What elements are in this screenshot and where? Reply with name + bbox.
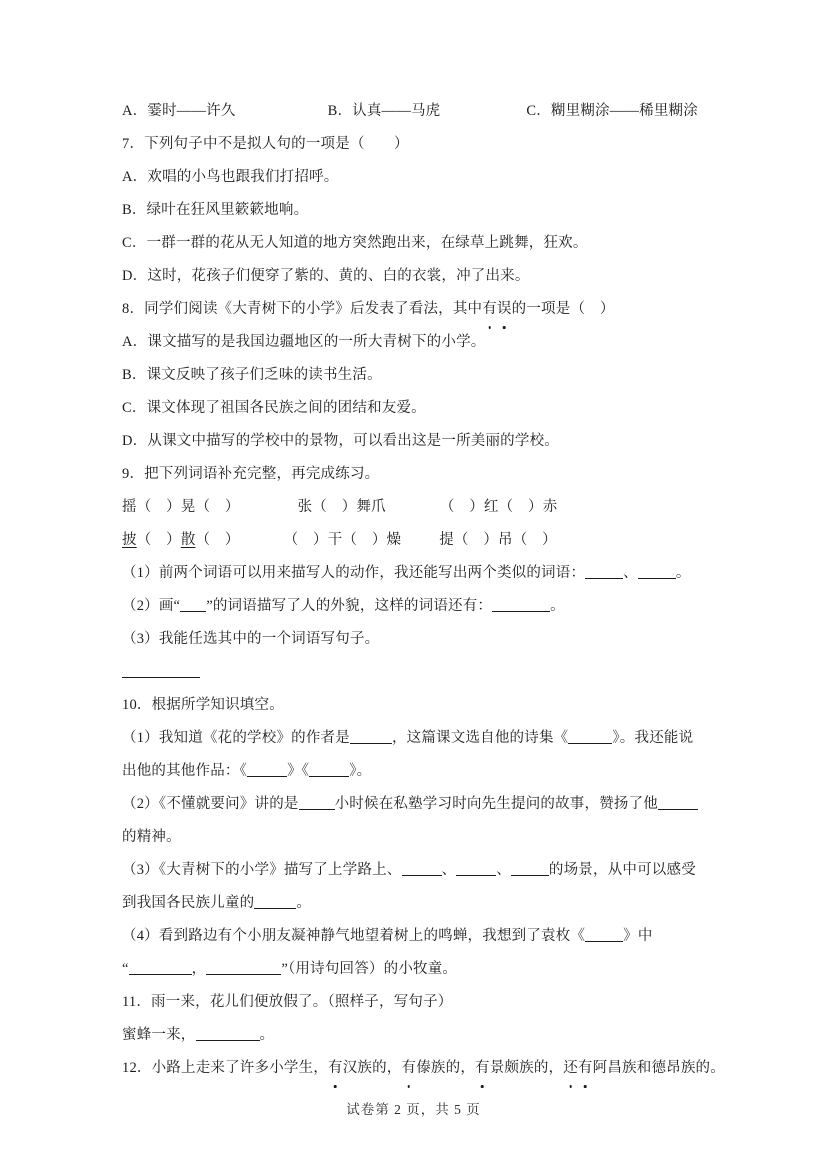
exam-content: A．霎时——许久B．认真——马虎C．糊里糊涂——稀里糊涂7．下列句子中不是拟人句… bbox=[122, 95, 722, 1085]
text-run: A．欢唱的小鸟也跟我们打招呼。 bbox=[122, 169, 338, 185]
q8-option-c: C．课文体现了祖国各民族之间的团结和友爱。 bbox=[122, 392, 722, 425]
q12-stem: 12．小路上走来了许多小学生，有汉族的，有傣族的，有景颇族的，还有阿昌族和德昂族… bbox=[122, 1052, 722, 1085]
answer-blank bbox=[492, 597, 550, 612]
text-run: 10．根据所学知识填空。 bbox=[122, 697, 284, 713]
text-run: B．绿叶在狂风里簌簌地响。 bbox=[122, 202, 308, 218]
text-run: 、 bbox=[442, 862, 457, 878]
emphasis-dot-char: 有 bbox=[475, 1052, 490, 1085]
text-run: 。 bbox=[676, 565, 691, 581]
text-run: （1）我知道《花的学校》的作者是 bbox=[122, 730, 350, 746]
text-run: “ bbox=[122, 961, 129, 977]
answer-blank bbox=[206, 960, 281, 975]
text-run: 、 bbox=[496, 862, 511, 878]
q9-words-row-2: 披（ ）散（ ）（ ）干（ ）燥提（ ）吊（ ） bbox=[122, 524, 722, 557]
q10-sub-4-line-1: （4）看到路边有个小朋友凝神静气地望着树上的鸣蝉，我想到了袁枚《》中 bbox=[122, 920, 722, 953]
q8-option-b: B．课文反映了孩子们乏味的读书生活。 bbox=[122, 359, 722, 392]
text-run: 》中 bbox=[623, 928, 652, 944]
q7-option-b: B．绿叶在狂风里簌簌地响。 bbox=[122, 194, 722, 227]
text-run: （2）《不懂就要问》讲的是 bbox=[122, 796, 299, 812]
emphasis-dot-char: 有 bbox=[402, 1052, 417, 1085]
emphasis-dot-char: 有 bbox=[482, 293, 497, 326]
text-run: ，这篇课文选自他的诗集《 bbox=[392, 730, 568, 746]
q9-answer-blank-line bbox=[122, 656, 722, 689]
answer-blank bbox=[402, 861, 442, 876]
text-run: D．从课文中描写的学校中的景物，可以看出这是一所美丽的学校。 bbox=[122, 433, 559, 449]
answer-blank bbox=[658, 795, 698, 810]
q6-options-row: A．霎时——许久B．认真——马虎C．糊里糊涂——稀里糊涂 bbox=[122, 95, 722, 128]
text-run: 汉族的， bbox=[343, 1060, 402, 1076]
text-run: （3）《大青树下的小学》描写了上学路上、 bbox=[122, 862, 402, 878]
emphasis-dot-char: 还 bbox=[563, 1052, 578, 1085]
text-run: （ ） bbox=[137, 532, 181, 548]
text-run: ， bbox=[192, 961, 207, 977]
underlined-word: 披 bbox=[122, 532, 137, 548]
text-run: 的场景，从中可以感受 bbox=[549, 862, 696, 878]
answer-blank bbox=[129, 960, 192, 975]
q7-option-a: A．欢唱的小鸟也跟我们打招呼。 bbox=[122, 161, 722, 194]
answer-blank bbox=[247, 762, 287, 777]
spacer bbox=[440, 114, 526, 115]
text-run: 出他的其他作品：《 bbox=[122, 763, 247, 779]
text-run: 的一项是（ ） bbox=[512, 301, 615, 317]
text-run: （4）看到路边有个小朋友凝神静气地望着树上的鸣蝉，我想到了袁枚《 bbox=[122, 928, 585, 944]
text-run: B．认真——马虎 bbox=[328, 103, 441, 119]
emphasized-word: 还有 bbox=[563, 1060, 592, 1076]
text-run: 提（ ）吊（ ） bbox=[439, 532, 557, 548]
text-run: D．这时，花孩子们便穿了紫的、黄的、白的衣裳，冲了出来。 bbox=[122, 268, 530, 284]
text-run: 11．雨一来，花儿们便放假了。（照样子，写句子） bbox=[122, 994, 453, 1010]
emphasized-word: 有 bbox=[402, 1060, 417, 1076]
text-run: 。 bbox=[296, 895, 311, 911]
text-run: ”（用诗句回答）的小牧童。 bbox=[281, 961, 457, 977]
answer-blank bbox=[254, 894, 296, 909]
page-number-text: 试卷第 2 页，共 5 页 bbox=[346, 1102, 481, 1117]
q9-stem: 9．把下列词语补充完整，再完成练习。 bbox=[122, 458, 722, 491]
text-run: （3）我能任选其中的一个词语写句子。 bbox=[122, 631, 379, 647]
text-run: 的精神。 bbox=[122, 829, 181, 845]
text-run: 7．下列句子中不是拟人句的一项是（ ） bbox=[122, 136, 409, 152]
text-run: 傣族的， bbox=[416, 1060, 475, 1076]
text-run: C．一群一群的花从无人知道的地方突然跑出来，在绿草上跳舞，狂欢。 bbox=[122, 235, 588, 251]
q11-answer-line: 蜜蜂一来，。 bbox=[122, 1019, 722, 1052]
text-run: C．糊里糊涂——稀里糊涂 bbox=[526, 103, 698, 119]
q9-sub-3: （3）我能任选其中的一个词语写句子。 bbox=[122, 623, 722, 656]
text-run: 9．把下列词语补充完整，再完成练习。 bbox=[122, 466, 379, 482]
text-run: 蜜蜂一来， bbox=[122, 1027, 196, 1043]
emphasized-word: 有误 bbox=[482, 301, 511, 317]
q10-sub-4-line-2: “，”（用诗句回答）的小牧童。 bbox=[122, 953, 722, 986]
text-run: ”的词语描写了人的外貌，这样的词语还有： bbox=[206, 598, 492, 614]
page-footer: 试卷第 2 页，共 5 页 bbox=[0, 1098, 827, 1118]
answer-blank bbox=[585, 564, 623, 579]
spacer bbox=[386, 510, 440, 511]
text-run: 》。 bbox=[349, 763, 371, 779]
answer-blank bbox=[309, 762, 349, 777]
q8-option-d: D．从课文中描写的学校中的景物，可以看出这是一所美丽的学校。 bbox=[122, 425, 722, 458]
emphasized-word: 有 bbox=[328, 1060, 343, 1076]
text-run: 景颇族的， bbox=[490, 1060, 564, 1076]
answer-blank bbox=[299, 795, 335, 810]
text-run: 》。我还能说 bbox=[612, 730, 693, 746]
emphasis-dot-char: 有 bbox=[328, 1052, 343, 1085]
text-run: 、 bbox=[623, 565, 638, 581]
text-run: （2）画“ bbox=[122, 598, 180, 614]
q10-sub-3-line-2: 到我国各民族儿童的。 bbox=[122, 887, 722, 920]
q7-option-d: D．这时，花孩子们便穿了紫的、黄的、白的衣裳，冲了出来。 bbox=[122, 260, 722, 293]
spacer bbox=[240, 510, 298, 511]
answer-blank bbox=[180, 597, 206, 612]
q10-sub-1-line-2: 出他的其他作品：《》《》。 bbox=[122, 755, 722, 788]
text-run: A．霎时——许久 bbox=[122, 103, 236, 119]
answer-blank bbox=[350, 729, 392, 744]
text-run: 8．同学们阅读《大青树下的小学》后发表了看法，其中 bbox=[122, 301, 482, 317]
text-run: （ ）干（ ）燥 bbox=[284, 532, 402, 548]
text-run: 到我国各民族儿童的 bbox=[122, 895, 254, 911]
answer-blank bbox=[456, 861, 496, 876]
q10-stem: 10．根据所学知识填空。 bbox=[122, 689, 722, 722]
text-run: 12．小路上走来了许多小学生， bbox=[122, 1060, 328, 1076]
emphasis-dot-char: 有 bbox=[578, 1052, 593, 1085]
text-run: B．课文反映了孩子们乏味的读书生活。 bbox=[122, 367, 382, 383]
q9-sub-2: （2）画“”的词语描写了人的外貌，这样的词语还有：。 bbox=[122, 590, 722, 623]
answer-blank bbox=[196, 1026, 260, 1041]
text-run: （ ）红（ ）赤 bbox=[440, 499, 558, 515]
q8-stem: 8．同学们阅读《大青树下的小学》后发表了看法，其中有误的一项是（ ） bbox=[122, 293, 722, 326]
q11-stem: 11．雨一来，花儿们便放假了。（照样子，写句子） bbox=[122, 986, 722, 1019]
answer-blank bbox=[585, 927, 623, 942]
q7-stem: 7．下列句子中不是拟人句的一项是（ ） bbox=[122, 128, 722, 161]
text-run: 》《 bbox=[287, 763, 309, 779]
answer-blank bbox=[122, 663, 200, 678]
q9-sub-1: （1）前两个词语可以用来描写人的动作，我还能写出两个类似的词语：、。 bbox=[122, 557, 722, 590]
exam-paper-page: A．霎时——许久B．认真——马虎C．糊里糊涂——稀里糊涂7．下列句子中不是拟人句… bbox=[0, 0, 827, 1169]
q9-words-row-1: 摇（ ）晃（ ）张（ ）舞爪（ ）红（ ）赤 bbox=[122, 491, 722, 524]
q10-sub-2-line-2: 的精神。 bbox=[122, 821, 722, 854]
answer-blank bbox=[638, 564, 676, 579]
emphasized-word: 有 bbox=[475, 1060, 490, 1076]
text-run: 。 bbox=[260, 1027, 275, 1043]
q10-sub-2-line-1: （2）《不懂就要问》讲的是小时候在私塾学习时向先生提问的故事，赞扬了他 bbox=[122, 788, 722, 821]
text-run: 小时候在私塾学习时向先生提问的故事，赞扬了他 bbox=[335, 796, 658, 812]
text-run: 。 bbox=[550, 598, 565, 614]
spacer bbox=[240, 543, 284, 544]
text-run: 阿昌族和德昂族的。 bbox=[593, 1060, 725, 1076]
text-run: 张（ ）舞爪 bbox=[298, 499, 386, 515]
q7-option-c: C．一群一群的花从无人知道的地方突然跑出来，在绿草上跳舞，狂欢。 bbox=[122, 227, 722, 260]
text-run: （ ） bbox=[196, 532, 240, 548]
q10-sub-1-line-1: （1）我知道《花的学校》的作者是，这篇课文选自他的诗集《》。我还能说 bbox=[122, 722, 722, 755]
emphasis-dot-char: 误 bbox=[497, 293, 512, 326]
answer-blank bbox=[568, 729, 612, 744]
text-run: 摇（ ）晃（ ） bbox=[122, 499, 240, 515]
q8-option-a: A．课文描写的是我国边疆地区的一所大青树下的小学。 bbox=[122, 326, 722, 359]
underlined-word: 散 bbox=[181, 532, 196, 548]
answer-blank bbox=[511, 861, 549, 876]
text-run: A．课文描写的是我国边疆地区的一所大青树下的小学。 bbox=[122, 334, 485, 350]
text-run: C．课文体现了祖国各民族之间的团结和友爱。 bbox=[122, 400, 426, 416]
text-run: （1）前两个词语可以用来描写人的动作，我还能写出两个类似的词语： bbox=[122, 565, 585, 581]
spacer bbox=[401, 543, 439, 544]
q10-sub-3-line-1: （3）《大青树下的小学》描写了上学路上、、、的场景，从中可以感受 bbox=[122, 854, 722, 887]
spacer bbox=[236, 114, 328, 115]
